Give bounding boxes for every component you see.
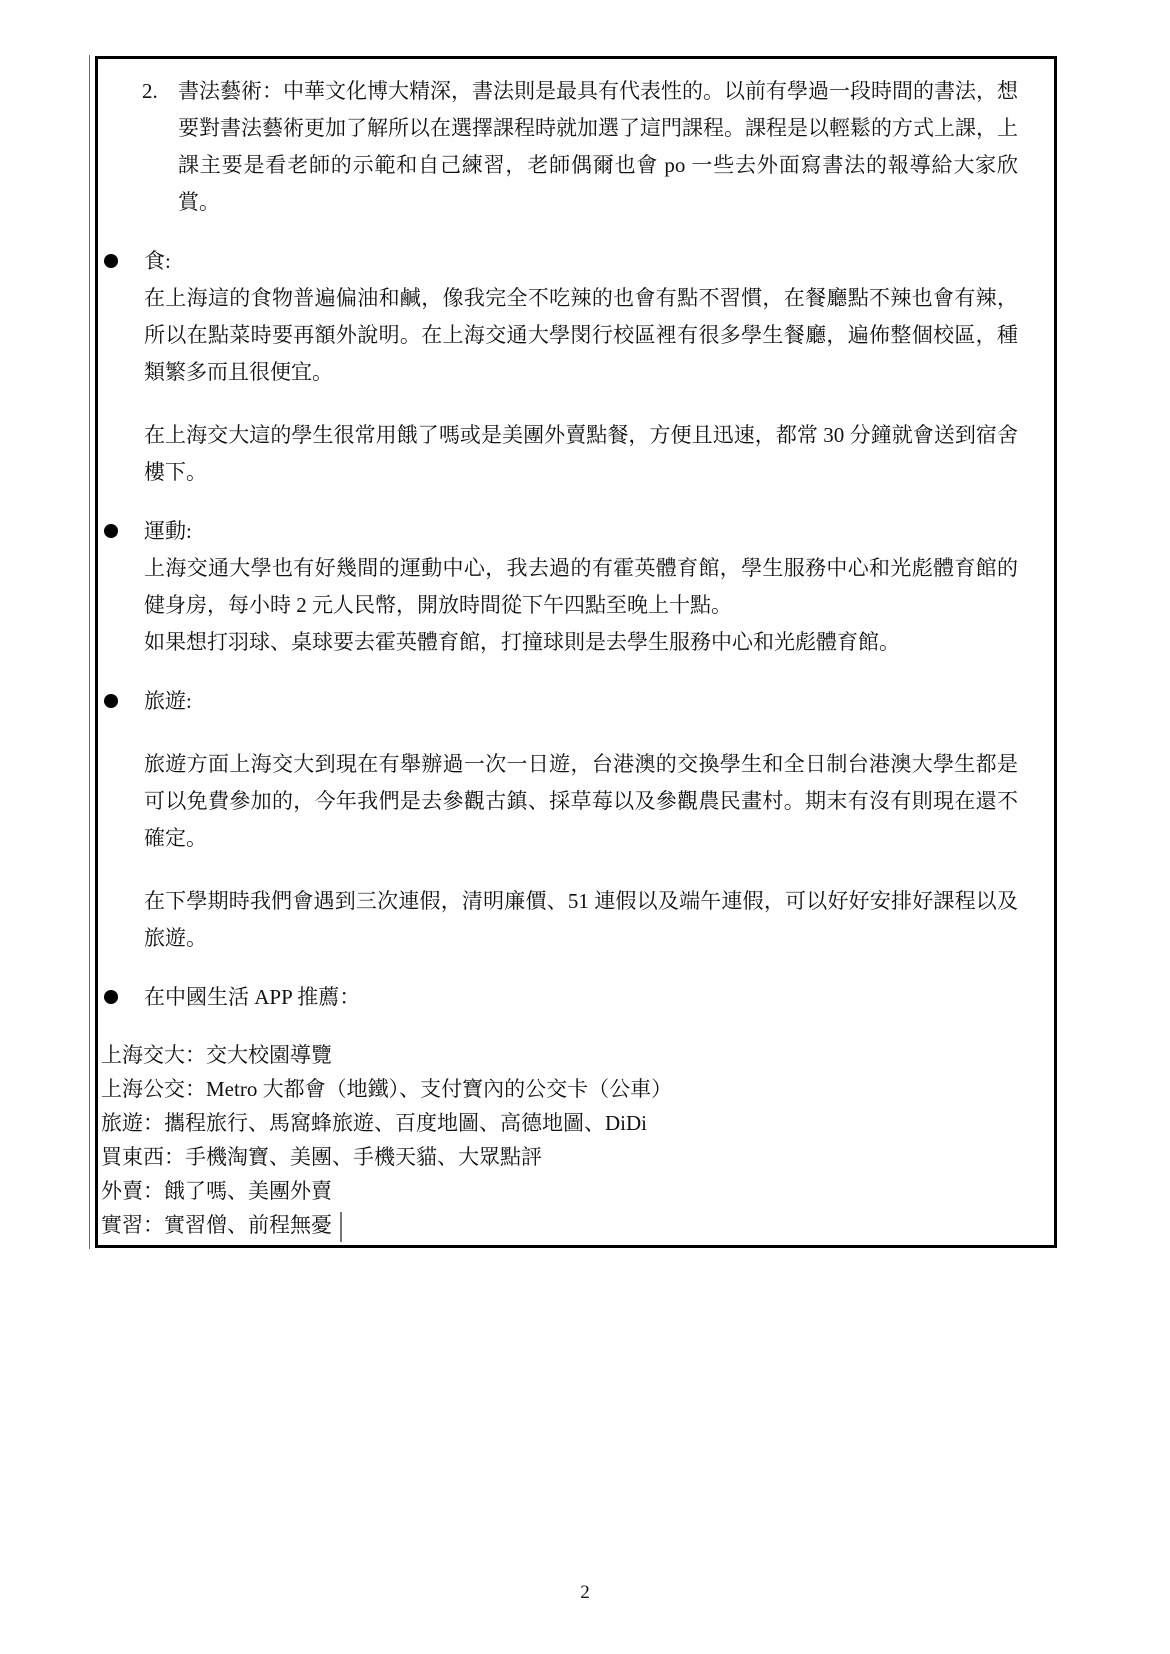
app-list-item: 實習：實習僧、前程無憂 — [101, 1208, 1034, 1242]
numbered-item-text: 書法藝術：中華文化博大精深，書法則是最具有代表性的。以前有學過一段時間的書法，想… — [178, 79, 1018, 214]
app-list-item: 上海交大：交大校園導覽 — [101, 1038, 1034, 1072]
section-label-text: 旅遊: — [144, 689, 192, 713]
paragraph-travel-1: 旅遊方面上海交大到現在有舉辦過一次一日遊，台港澳的交換學生和全日制台港澳大學生都… — [144, 746, 1018, 857]
page-number: 2 — [0, 1582, 1170, 1604]
section-label-text: 食: — [144, 249, 171, 273]
numbered-item-calligraphy: 2. 書法藝術：中華文化博大精深，書法則是最具有代表性的。以前有學過一段時間的書… — [178, 73, 1018, 221]
document-content: 2. 書法藝術：中華文化博大精深，書法則是最具有代表性的。以前有學過一段時間的書… — [98, 59, 1054, 1242]
bullet-icon — [104, 254, 118, 268]
document-box[interactable]: 2. 書法藝術：中華文化博大精深，書法則是最具有代表性的。以前有學過一段時間的書… — [95, 56, 1057, 1248]
paragraph-food-2: 在上海交大這的學生很常用餓了嗎或是美團外賣點餐，方便且迅速，都常 30 分鐘就會… — [144, 417, 1018, 491]
item-number: 2. — [142, 73, 158, 110]
app-list-item: 上海公交：Metro 大都會（地鐵）、支付寶內的公交卡（公車） — [101, 1072, 1034, 1106]
app-list-item: 買東西：手機淘寶、美團、手機天貓、大眾點評 — [101, 1140, 1034, 1174]
app-list-item-text: 實習：實習僧、前程無憂 — [101, 1213, 332, 1237]
paragraph-sport-1: 上海交通大學也有好幾間的運動中心，我去過的有霍英體育館，學生服務中心和光彪體育館… — [144, 550, 1018, 624]
section-label-text: 運動: — [144, 519, 192, 543]
bullet-icon — [104, 694, 118, 708]
paragraph-sport-2: 如果想打羽球、桌球要去霍英體育館，打撞球則是去學生服務中心和光彪體育館。 — [144, 624, 1018, 661]
text-cursor — [340, 1212, 342, 1242]
app-list-item: 旅遊：攜程旅行、馬窩蜂旅遊、百度地圖、高德地圖、DiDi — [101, 1106, 1034, 1140]
section-label-food: 食: — [144, 243, 1054, 280]
section-label-text: 在中國生活 APP 推薦： — [144, 985, 360, 1009]
section-label-apps: 在中國生活 APP 推薦： — [144, 979, 1054, 1016]
paragraph-travel-2: 在下學期時我們會遇到三次連假，清明廉價、51 連假以及端午連假，可以好好安排好課… — [144, 883, 1018, 957]
bullet-icon — [104, 990, 118, 1004]
bullet-icon — [104, 524, 118, 538]
section-label-travel: 旅遊: — [144, 683, 1054, 720]
app-recommendation-list: 上海交大：交大校園導覽 上海公交：Metro 大都會（地鐵）、支付寶內的公交卡（… — [101, 1038, 1034, 1242]
paragraph-food-1: 在上海這的食物普遍偏油和鹹，像我完全不吃辣的也會有點不習慣，在餐廳點不辣也會有辣… — [144, 280, 1018, 391]
section-label-sport: 運動: — [144, 513, 1054, 550]
app-list-item: 外賣：餓了嗎、美團外賣 — [101, 1174, 1034, 1208]
